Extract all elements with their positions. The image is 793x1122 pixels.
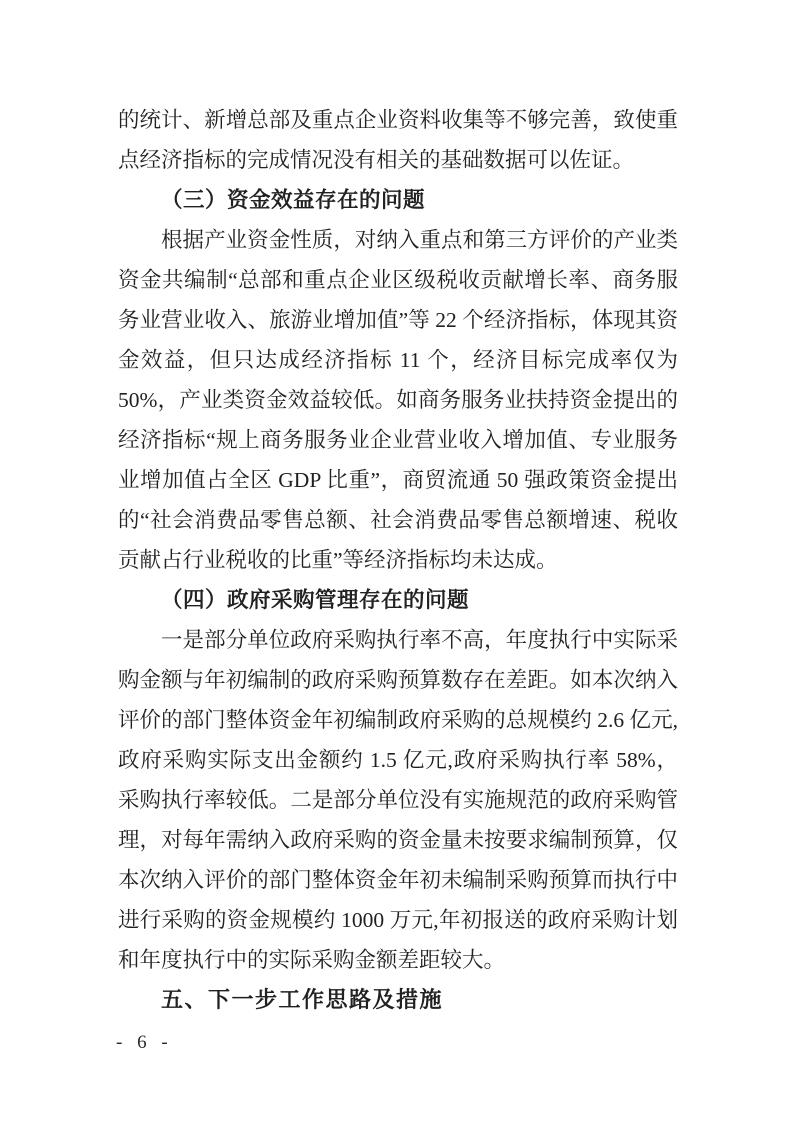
- sub-heading-section-4: （四）政府采购管理存在的问题: [118, 580, 678, 620]
- section-heading-next-steps: 五、下一步工作思路及措施: [118, 980, 678, 1020]
- paragraph-continuation: 的统计、新增总部及重点企业资料收集等不够完善，致使重点经济指标的完成情况没有相关…: [118, 100, 678, 180]
- sub-heading-section-3: （三）资金效益存在的问题: [118, 180, 678, 220]
- document-body: 的统计、新增总部及重点企业资料收集等不够完善，致使重点经济指标的完成情况没有相关…: [118, 100, 678, 1020]
- paragraph-procurement-issues: 一是部分单位政府采购执行率不高，年度执行中实际采购金额与年初编制的政府采购预算数…: [118, 620, 678, 980]
- document-page: 的统计、新增总部及重点企业资料收集等不够完善，致使重点经济指标的完成情况没有相关…: [0, 0, 793, 1122]
- page-number: - 6 -: [116, 1031, 170, 1055]
- paragraph-fund-benefit-issues: 根据产业资金性质，对纳入重点和第三方评价的产业类资金共编制“总部和重点企业区级税…: [118, 220, 678, 580]
